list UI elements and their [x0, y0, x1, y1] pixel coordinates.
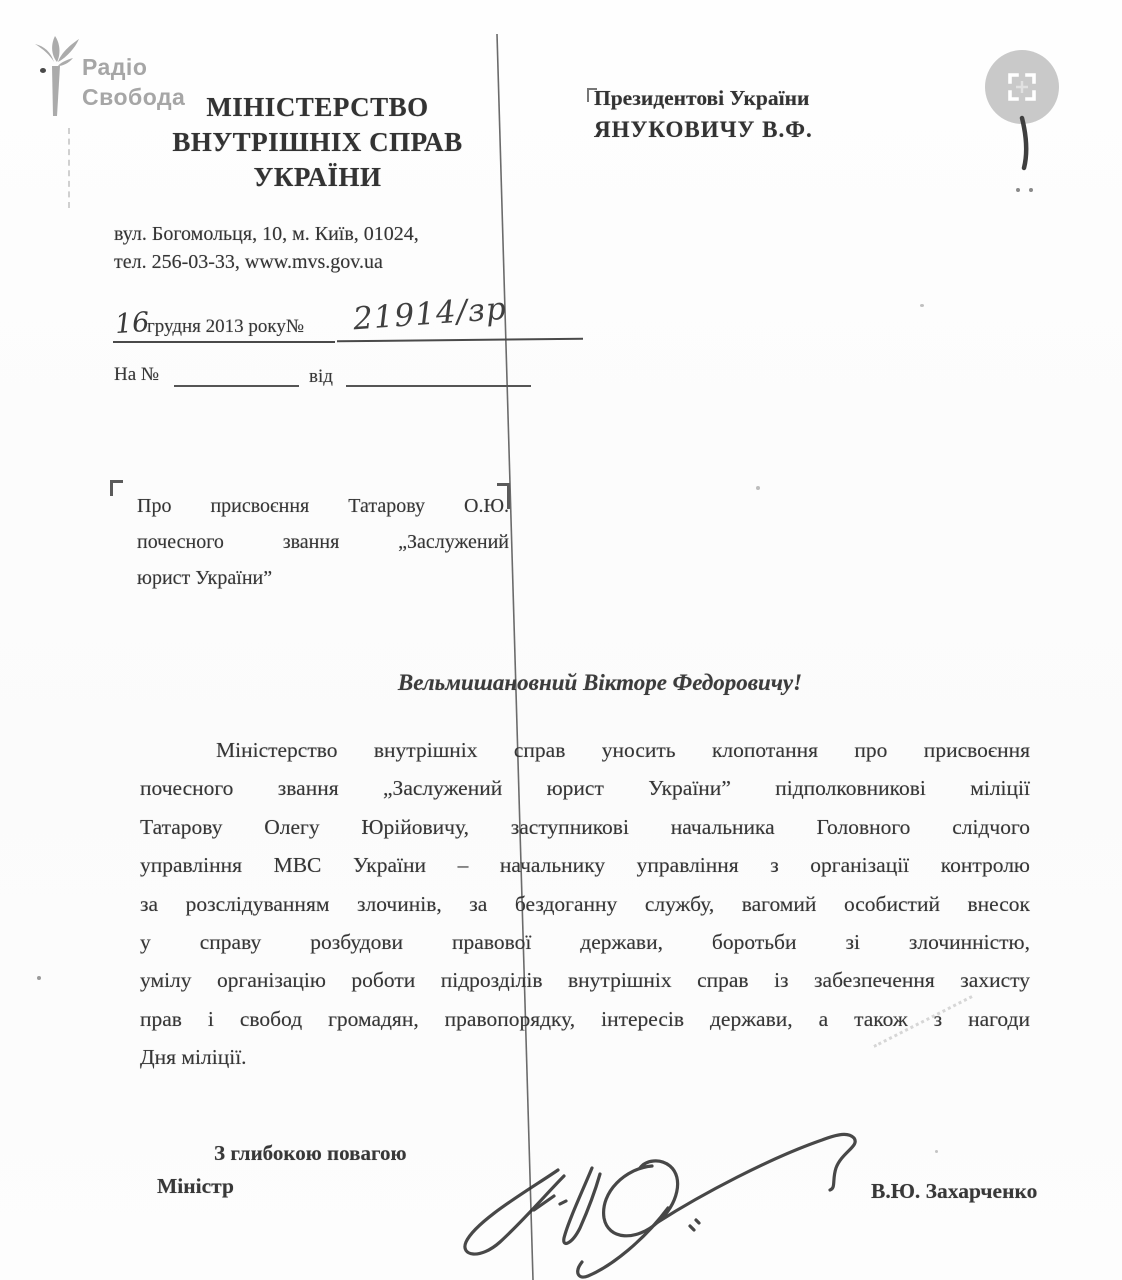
ministry-letterhead-title: МІНІСТЕРСТВО ВНУТРІШНІХ СПРАВ УКРАЇНИ: [110, 90, 525, 195]
date-reference-line: 16 грудня 2013 року№ 21914/зр: [113, 308, 573, 348]
expand-icon: [1007, 72, 1037, 102]
ministry-address: вул. Богомольця, 10, м. Київ, 01024, тел…: [114, 220, 419, 276]
body-line: за розслідуванням злочинів, за бездоганн…: [140, 885, 1030, 923]
signoff-position: Міністр: [157, 1174, 234, 1199]
address-line2: тел. 256-03-33, www.mvs.gov.ua: [114, 248, 419, 276]
letterhead-line2: ВНУТРІШНІХ СПРАВ: [110, 125, 525, 160]
recipient-block: Президентові України ЯНУКОВИЧУ В.Ф.: [594, 86, 813, 143]
subject-block: Про присвоєння Татарову О.Ю. почесного з…: [137, 488, 509, 596]
incoming-reference-line: На № від: [114, 364, 574, 394]
address-line1: вул. Богомольця, 10, м. Київ, 01024,: [114, 220, 419, 248]
date-underline: [113, 341, 335, 343]
na-no-underline: [174, 385, 299, 387]
body-line: умілу організацію роботи підрозділів вну…: [140, 961, 1030, 999]
document-page: Радіо Свобода МІНІСТЕРСТВО ВНУТРІШНІХ СП…: [0, 0, 1122, 1280]
number-underline: [337, 338, 583, 343]
vid-label: від: [309, 366, 333, 388]
body-line: Міністерство внутрішніх справ уносить кл…: [140, 731, 1030, 769]
subject-line1: Про присвоєння Татарову О.Ю.: [137, 488, 509, 524]
scan-corner-mark: [1014, 114, 1038, 198]
subject-line3: юрист України”: [137, 560, 509, 596]
subject-line2: почесного звання „Заслужений: [137, 524, 509, 560]
body-line: у справу розбудови правової держави, бор…: [140, 923, 1030, 961]
scan-speck: [40, 68, 46, 73]
radio-svoboda-torch-icon: [33, 34, 83, 118]
handwritten-day: 16: [114, 307, 150, 340]
letter-body: Міністерство внутрішніх справ уносить кл…: [140, 731, 1030, 1077]
letterhead-line1: МІНІСТЕРСТВО: [110, 90, 525, 125]
recipient-line1: Президентові України: [594, 86, 813, 111]
letterhead-line3: УКРАЇНИ: [110, 160, 525, 195]
body-line: управління МВС України – начальнику упра…: [140, 846, 1030, 884]
na-no-label: На №: [114, 364, 159, 386]
subject-corner-bracket-left: [110, 480, 123, 496]
scan-dash-mark: [68, 128, 70, 208]
scan-speck: [756, 486, 760, 490]
body-line: Дня міліції.: [140, 1038, 1030, 1076]
handwritten-number: 21914/зр: [352, 291, 508, 338]
expand-button[interactable]: [985, 50, 1059, 124]
watermark-text-line1: Радіо: [82, 52, 185, 82]
body-line: почесного звання „Заслужений юрист Украї…: [140, 769, 1030, 807]
recipient-line2: ЯНУКОВИЧУ В.Ф.: [594, 117, 813, 143]
printed-date: грудня 2013 року№: [147, 316, 304, 338]
recipient-corner-bracket: [587, 88, 597, 102]
scan-speck: [37, 976, 41, 980]
minister-signature: [440, 1108, 900, 1280]
scan-speck: [935, 1150, 938, 1153]
scan-speck: [920, 304, 924, 307]
salutation: Вельмишановний Вікторе Федоровичу!: [280, 670, 920, 696]
body-line: Татарову Олегу Юрійовичу, заступникові н…: [140, 808, 1030, 846]
vid-underline: [346, 385, 531, 387]
signoff-respect: З глибокою повагою: [214, 1141, 407, 1166]
